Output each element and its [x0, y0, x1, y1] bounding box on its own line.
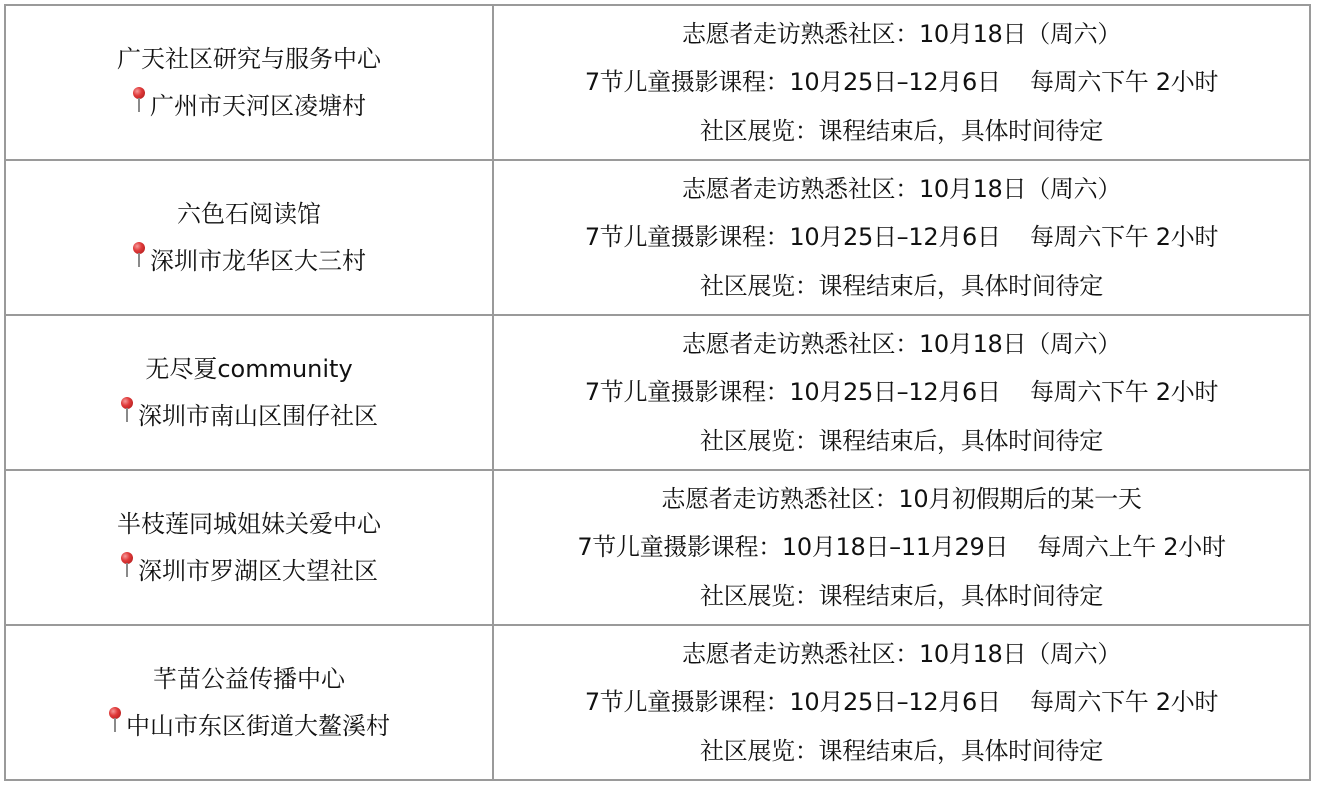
course-line: 7节儿童摄影课程：10月18日–11月29日 每周六上午 2小时 — [494, 523, 1309, 572]
schedule-cell: 志愿者走访熟悉社区：10月18日（周六） 7节儿童摄影课程：10月25日–12月… — [493, 5, 1310, 160]
table-row: 半枝莲同城姐妹关爱中心 深圳市罗湖区大望社区 志愿者走访熟悉社区：10月初假期后… — [5, 470, 1310, 625]
table-row: 六色石阅读馆 深圳市龙华区大三村 志愿者走访熟悉社区：10月18日（周六） 7节… — [5, 160, 1310, 315]
schedule-table: 广天社区研究与服务中心 广州市天河区凌塘村 志愿者走访熟悉社区：10月18日（周… — [4, 4, 1311, 781]
course-line: 7节儿童摄影课程：10月25日–12月6日 每周六下午 2小时 — [494, 678, 1309, 727]
volunteer-visit-line: 志愿者走访熟悉社区：10月初假期后的某一天 — [494, 475, 1309, 524]
table-row: 广天社区研究与服务中心 广州市天河区凌塘村 志愿者走访熟悉社区：10月18日（周… — [5, 5, 1310, 160]
org-address: 深圳市南山区围仔社区 — [6, 393, 492, 440]
address-text: 深圳市罗湖区大望社区 — [138, 548, 378, 595]
exhibition-line: 社区展览：课程结束后，具体时间待定 — [494, 572, 1309, 621]
schedule-cell: 志愿者走访熟悉社区：10月18日（周六） 7节儿童摄影课程：10月25日–12月… — [493, 315, 1310, 470]
table-row: 芊苗公益传播中心 中山市东区街道大鳌溪村 志愿者走访熟悉社区：10月18日（周六… — [5, 625, 1310, 780]
round-pushpin-icon — [120, 397, 134, 423]
exhibition-line: 社区展览：课程结束后，具体时间待定 — [494, 727, 1309, 776]
schedule-cell: 志愿者走访熟悉社区：10月18日（周六） 7节儿童摄影课程：10月25日–12月… — [493, 160, 1310, 315]
org-name: 六色石阅读馆 — [6, 191, 492, 238]
schedule-cell: 志愿者走访熟悉社区：10月18日（周六） 7节儿童摄影课程：10月25日–12月… — [493, 625, 1310, 780]
address-text: 中山市东区街道大鳌溪村 — [126, 703, 390, 750]
course-line: 7节儿童摄影课程：10月25日–12月6日 每周六下午 2小时 — [494, 213, 1309, 262]
exhibition-line: 社区展览：课程结束后，具体时间待定 — [494, 262, 1309, 311]
exhibition-line: 社区展览：课程结束后，具体时间待定 — [494, 417, 1309, 466]
org-cell: 六色石阅读馆 深圳市龙华区大三村 — [5, 160, 493, 315]
address-text: 深圳市南山区围仔社区 — [138, 393, 378, 440]
exhibition-line: 社区展览：课程结束后，具体时间待定 — [494, 107, 1309, 156]
org-name: 芊苗公益传播中心 — [6, 656, 492, 703]
org-name: 广天社区研究与服务中心 — [6, 36, 492, 83]
org-address: 深圳市罗湖区大望社区 — [6, 548, 492, 595]
schedule-cell: 志愿者走访熟悉社区：10月初假期后的某一天 7节儿童摄影课程：10月18日–11… — [493, 470, 1310, 625]
round-pushpin-icon — [108, 707, 122, 733]
org-cell: 半枝莲同城姐妹关爱中心 深圳市罗湖区大望社区 — [5, 470, 493, 625]
org-cell: 无尽夏community 深圳市南山区围仔社区 — [5, 315, 493, 470]
org-address: 中山市东区街道大鳌溪村 — [6, 703, 492, 750]
course-line: 7节儿童摄影课程：10月25日–12月6日 每周六下午 2小时 — [494, 368, 1309, 417]
org-cell: 广天社区研究与服务中心 广州市天河区凌塘村 — [5, 5, 493, 160]
address-text: 广州市天河区凌塘村 — [150, 83, 366, 130]
org-name: 无尽夏community — [6, 346, 492, 393]
org-address: 广州市天河区凌塘村 — [6, 83, 492, 130]
org-address: 深圳市龙华区大三村 — [6, 238, 492, 285]
table-row: 无尽夏community 深圳市南山区围仔社区 志愿者走访熟悉社区：10月18日… — [5, 315, 1310, 470]
org-name: 半枝莲同城姐妹关爱中心 — [6, 501, 492, 548]
round-pushpin-icon — [132, 242, 146, 268]
volunteer-visit-line: 志愿者走访熟悉社区：10月18日（周六） — [494, 320, 1309, 369]
volunteer-visit-line: 志愿者走访熟悉社区：10月18日（周六） — [494, 165, 1309, 214]
volunteer-visit-line: 志愿者走访熟悉社区：10月18日（周六） — [494, 630, 1309, 679]
course-line: 7节儿童摄影课程：10月25日–12月6日 每周六下午 2小时 — [494, 58, 1309, 107]
org-cell: 芊苗公益传播中心 中山市东区街道大鳌溪村 — [5, 625, 493, 780]
volunteer-visit-line: 志愿者走访熟悉社区：10月18日（周六） — [494, 10, 1309, 59]
address-text: 深圳市龙华区大三村 — [150, 238, 366, 285]
round-pushpin-icon — [132, 87, 146, 113]
round-pushpin-icon — [120, 552, 134, 578]
